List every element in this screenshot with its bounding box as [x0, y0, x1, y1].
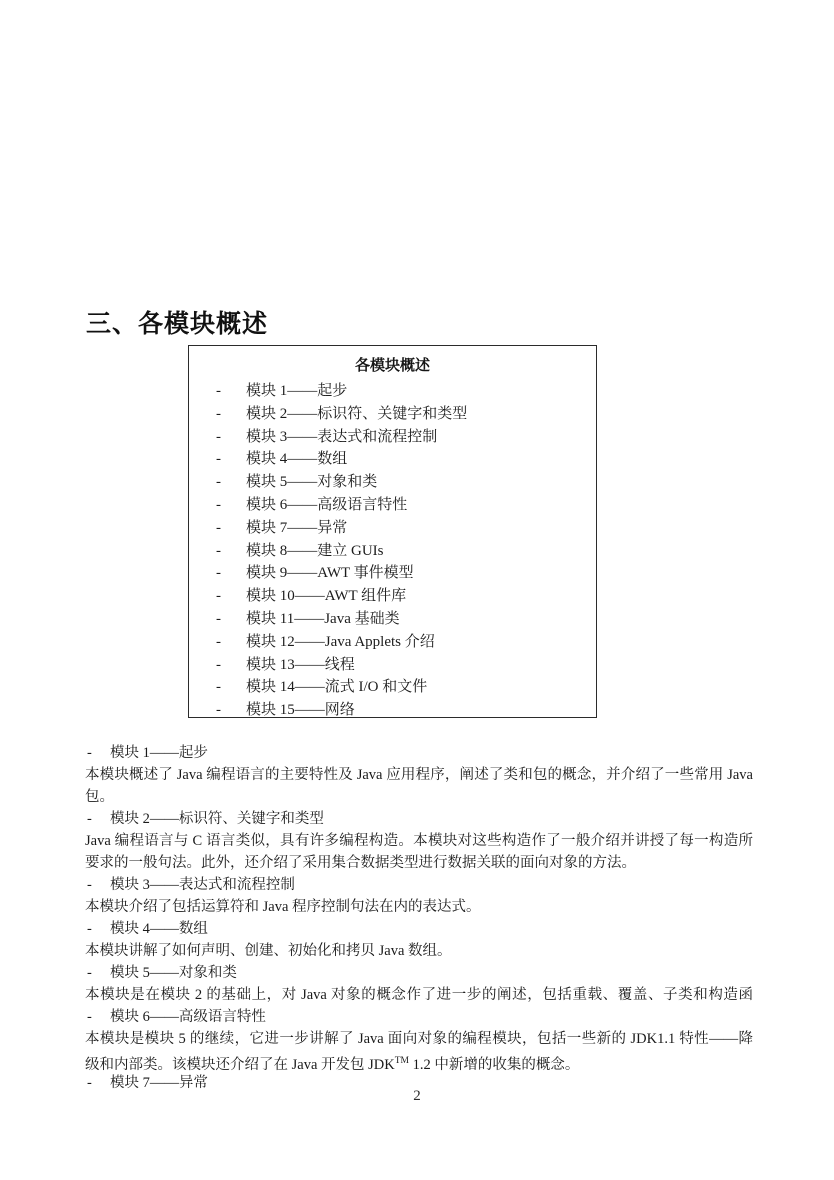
- module-description-line: 要求的一般句法。此外，还介绍了采用集合数据类型进行数据关联的面向对象的方法。: [85, 852, 753, 874]
- bullet-dash: -: [87, 918, 92, 940]
- module-heading-label: 模块 6——高级语言特性: [110, 1009, 266, 1025]
- module-heading-label: 模块 2——标识符、关键字和类型: [110, 811, 324, 827]
- module-description-line: 本模块讲解了如何声明、创建、初始化和拷贝 Java 数组。: [85, 940, 753, 962]
- overview-item: -模块 3——表达式和流程控制: [189, 426, 596, 449]
- overview-item: -模块 6——高级语言特性: [189, 494, 596, 517]
- overview-item-label: 模块 4——数组: [246, 451, 347, 467]
- bullet-dash: -: [216, 471, 221, 494]
- module-description-line: 包。: [85, 786, 753, 808]
- module-heading-line: -模块 1——起步: [85, 742, 753, 764]
- module-heading-line: -模块 4——数组: [85, 918, 753, 940]
- overview-item-label: 模块 5——对象和类: [246, 474, 377, 490]
- bullet-dash: -: [216, 494, 221, 517]
- overview-item-label: 模块 14——流式 I/O 和文件: [246, 679, 427, 695]
- bullet-dash: -: [87, 962, 92, 984]
- tm-superscript: TM: [395, 1056, 409, 1066]
- overview-item: -模块 11——Java 基础类: [189, 608, 596, 631]
- overview-item: -模块 5——对象和类: [189, 471, 596, 494]
- bullet-dash: -: [216, 517, 221, 540]
- bullet-dash: -: [216, 676, 221, 699]
- module-heading-label: 模块 5——对象和类: [110, 965, 237, 981]
- module-heading-label: 模块 1——起步: [110, 745, 208, 761]
- overview-item-label: 模块 12——Java Applets 介绍: [246, 634, 435, 650]
- overview-item-label: 模块 15——网络: [246, 702, 355, 718]
- overview-item: -模块 12——Java Applets 介绍: [189, 631, 596, 654]
- bullet-dash: -: [216, 540, 221, 563]
- module-heading-label: 模块 3——表达式和流程控制: [110, 877, 295, 893]
- module-description-line: 本模块是在模块 2 的基础上，对 Java 对象的概念作了进一步的阐述，包括重载…: [85, 984, 753, 1006]
- module-description-line: 本模块是模块 5 的继续，它进一步讲解了 Java 面向对象的编程模块，包括一些…: [85, 1028, 753, 1050]
- module-description-line: 级和内部类。该模块还介绍了在 Java 开发包 JDKTM 1.2 中新增的收集…: [85, 1050, 753, 1072]
- body-text: -模块 1——起步 本模块概述了 Java 编程语言的主要特性及 Java 应用…: [85, 742, 753, 1094]
- overview-item-label: 模块 9——AWT 事件模型: [246, 565, 414, 581]
- overview-item: -模块 7——异常: [189, 517, 596, 540]
- document-page: 三、各模块概述 各模块概述 -模块 1——起步 -模块 2——标识符、关键字和类…: [0, 0, 834, 1180]
- bullet-dash: -: [216, 608, 221, 631]
- description-text-post: 1.2 中新增的收集的概念。: [409, 1057, 579, 1072]
- bullet-dash: -: [216, 403, 221, 426]
- overview-item-label: 模块 1——起步: [246, 383, 347, 399]
- bullet-dash: -: [216, 426, 221, 449]
- overview-item: -模块 13——线程: [189, 654, 596, 677]
- bullet-dash: -: [87, 808, 92, 830]
- overview-item-label: 模块 13——线程: [246, 657, 355, 673]
- overview-item: -模块 15——网络: [189, 699, 596, 722]
- bullet-dash: -: [216, 562, 221, 585]
- bullet-dash: -: [216, 699, 221, 722]
- description-text-pre: 级和内部类。该模块还介绍了在 Java 开发包 JDK: [85, 1057, 395, 1072]
- bullet-dash: -: [87, 742, 92, 764]
- bullet-dash: -: [216, 631, 221, 654]
- module-description-line: Java 编程语言与 C 语言类似，具有许多编程构造。本模块对这些构造作了一般介…: [85, 830, 753, 852]
- overview-box: 各模块概述 -模块 1——起步 -模块 2——标识符、关键字和类型 -模块 3—…: [188, 345, 597, 718]
- page-number: 2: [0, 1088, 834, 1105]
- overview-item: -模块 8——建立 GUIs: [189, 540, 596, 563]
- overview-item: -模块 1——起步: [189, 380, 596, 403]
- overview-list: -模块 1——起步 -模块 2——标识符、关键字和类型 -模块 3——表达式和流…: [189, 380, 596, 722]
- module-heading-line: -模块 3——表达式和流程控制: [85, 874, 753, 896]
- overview-item: -模块 14——流式 I/O 和文件: [189, 676, 596, 699]
- overview-item-label: 模块 2——标识符、关键字和类型: [246, 406, 467, 422]
- module-heading-line: -模块 2——标识符、关键字和类型: [85, 808, 753, 830]
- section-heading: 三、各模块概述: [86, 304, 268, 340]
- module-heading-line: -模块 5——对象和类: [85, 962, 753, 984]
- overview-item: -模块 10——AWT 组件库: [189, 585, 596, 608]
- module-heading-label: 模块 4——数组: [110, 921, 208, 937]
- bullet-dash: -: [216, 654, 221, 677]
- overview-item-label: 模块 3——表达式和流程控制: [246, 429, 437, 445]
- bullet-dash: -: [87, 874, 92, 896]
- overview-item: -模块 2——标识符、关键字和类型: [189, 403, 596, 426]
- module-description-line: 本模块介绍了包括运算符和 Java 程序控制句法在内的表达式。: [85, 896, 753, 918]
- overview-item-label: 模块 8——建立 GUIs: [246, 543, 384, 559]
- overview-item: -模块 4——数组: [189, 448, 596, 471]
- bullet-dash: -: [216, 448, 221, 471]
- module-heading-line: -模块 6——高级语言特性: [85, 1006, 753, 1028]
- overview-item-label: 模块 10——AWT 组件库: [246, 588, 406, 604]
- bullet-dash: -: [87, 1006, 92, 1028]
- overview-item-label: 模块 11——Java 基础类: [246, 611, 400, 627]
- bullet-dash: -: [216, 380, 221, 403]
- overview-box-title: 各模块概述: [189, 354, 596, 375]
- bullet-dash: -: [216, 585, 221, 608]
- module-description-line: 本模块概述了 Java 编程语言的主要特性及 Java 应用程序，阐述了类和包的…: [85, 764, 753, 786]
- overview-item-label: 模块 7——异常: [246, 520, 347, 536]
- overview-item: -模块 9——AWT 事件模型: [189, 562, 596, 585]
- overview-item-label: 模块 6——高级语言特性: [246, 497, 407, 513]
